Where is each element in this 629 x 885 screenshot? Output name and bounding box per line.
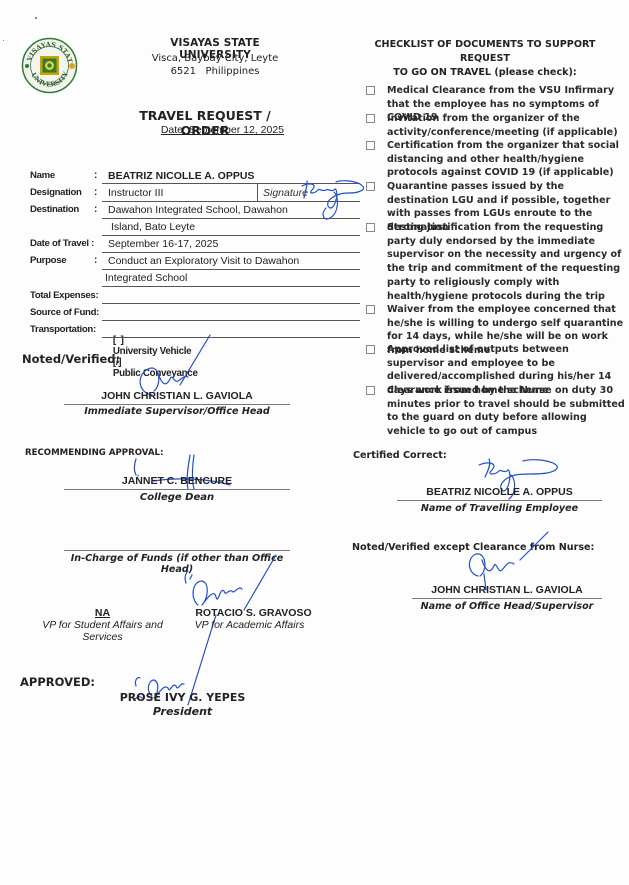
checklist-checkbox[interactable] [366, 345, 375, 354]
travelling-employee-role: Name of Travelling Employee [397, 503, 602, 514]
transportation-label: Transportation: [30, 324, 96, 335]
checklist-item: Clearance issued by the Nurse on duty 30… [367, 384, 627, 439]
form-date: Date: September 12, 2025 [150, 124, 284, 136]
name-colon: : [94, 170, 97, 181]
checklist-checkbox[interactable] [366, 141, 375, 150]
office-head-name: JOHN CHRISTIAN L. GAVIOLA [412, 584, 602, 596]
destination-value-line1[interactable]: Dawahon Integrated School, Dawahon [108, 204, 288, 216]
president-name: PROSE IVY G. YEPES [105, 691, 260, 704]
checklist-item-text: Invitation from the organizer of the act… [387, 112, 627, 139]
checklist-checkbox[interactable] [366, 114, 375, 123]
supervisor-name: JOHN CHRISTIAN L. GAVIOLA [64, 390, 290, 402]
checklist-checkbox[interactable] [366, 305, 375, 314]
checklist-title-line2: TO GO ON TRAVEL (please check): [360, 66, 610, 80]
purpose-label: Purpose [30, 255, 66, 266]
checklist-checkbox[interactable] [366, 182, 375, 191]
checklist-checkbox[interactable] [366, 86, 375, 95]
checklist-item-text: Strong justification from the requesting… [387, 221, 627, 303]
destination-colon: : [94, 204, 97, 215]
vp-student-affairs-name: NA [60, 607, 145, 619]
destination-label: Destination [30, 204, 79, 215]
designation-label: Designation [30, 187, 82, 198]
designation-colon: : [94, 187, 97, 198]
checklist-item: Invitation from the organizer of the act… [367, 112, 627, 139]
total-expenses-label: Total Expenses: [30, 290, 98, 301]
address-line-2: 6521 Philippines [135, 65, 295, 78]
supervisor-signature-line [64, 404, 290, 405]
funds-signature-line[interactable] [64, 550, 290, 551]
travelling-employee-signature-line [397, 500, 602, 501]
employee-signature-ink [300, 178, 370, 238]
university-seal-icon: VISAYAS STATE UNIVERSITY [21, 37, 78, 94]
designation-value[interactable]: Instructor III [108, 187, 163, 199]
office-head-role: Name of Office Head/Supervisor [412, 601, 602, 612]
noted-verified-label: Noted/Verified: [22, 352, 120, 366]
travelling-employee-name: BEATRIZ NICOLLE A. OPPUS [397, 486, 602, 498]
office-head-signature-ink [460, 530, 550, 590]
vp-student-role-line2: Services [20, 631, 185, 643]
name-value[interactable]: BEATRIZ NICOLLE A. OPPUS [108, 170, 254, 182]
source-of-fund-field[interactable] [102, 320, 360, 321]
vp-academic-affairs-name: ROTACIO S. GRAVOSO [186, 607, 321, 619]
name-label: Name [30, 170, 55, 181]
certified-correct-label: Certified Correct: [353, 450, 447, 461]
checklist-title-line1: CHECKLIST OF DOCUMENTS TO SUPPORT REQUES… [360, 38, 610, 66]
destination-value-line2[interactable]: Island, Bato Leyte [111, 221, 195, 233]
purpose-value-line1[interactable]: Conduct an Exploratory Visit to Dawahon [108, 255, 299, 267]
checklist-title: CHECKLIST OF DOCUMENTS TO SUPPORT REQUES… [360, 38, 610, 80]
vp-academic-affairs-role: VP for Academic Affairs [182, 619, 317, 631]
dean-role: College Dean [64, 492, 290, 503]
purpose-value-line2[interactable]: Integrated School [105, 272, 187, 284]
vp-student-role-line1: VP for Student Affairs and [20, 619, 185, 631]
checklist-item-text: Clearance issued by the Nurse on duty 30… [387, 384, 627, 439]
checklist-item-text: Certification from the organizer that so… [387, 139, 627, 180]
office-head-signature-line [412, 598, 602, 599]
approved-label: APPROVED: [20, 675, 95, 689]
address-line-1: Visca, Baybay City, Leyte [135, 52, 295, 65]
date-of-travel-underline [102, 252, 360, 253]
president-role: President [105, 705, 260, 718]
university-address: Visca, Baybay City, Leyte 6521 Philippin… [135, 52, 295, 78]
date-of-travel-label: Date of Travel : [30, 238, 94, 249]
purpose-underline-1 [102, 269, 360, 270]
checklist-checkbox[interactable] [366, 386, 375, 395]
purpose-colon: : [94, 255, 97, 266]
vp-student-affairs-role: VP for Student Affairs and Services [20, 619, 185, 643]
dean-signature-line [64, 489, 290, 490]
supervisor-role: Immediate Supervisor/Office Head [64, 406, 290, 417]
checklist-item: Strong justification from the requesting… [367, 221, 627, 303]
dean-name: JANNET C. BENCURE [64, 475, 290, 487]
checklist-checkbox[interactable] [366, 223, 375, 232]
scan-speck [3, 40, 4, 41]
source-of-fund-label: Source of Fund: [30, 307, 99, 318]
signature-divider [257, 184, 258, 201]
purpose-underline-2 [102, 286, 360, 287]
total-expenses-field[interactable] [102, 303, 360, 304]
checklist-item: Certification from the organizer that so… [367, 139, 627, 180]
date-of-travel-value[interactable]: September 16-17, 2025 [108, 238, 218, 250]
scan-speck [35, 17, 37, 19]
